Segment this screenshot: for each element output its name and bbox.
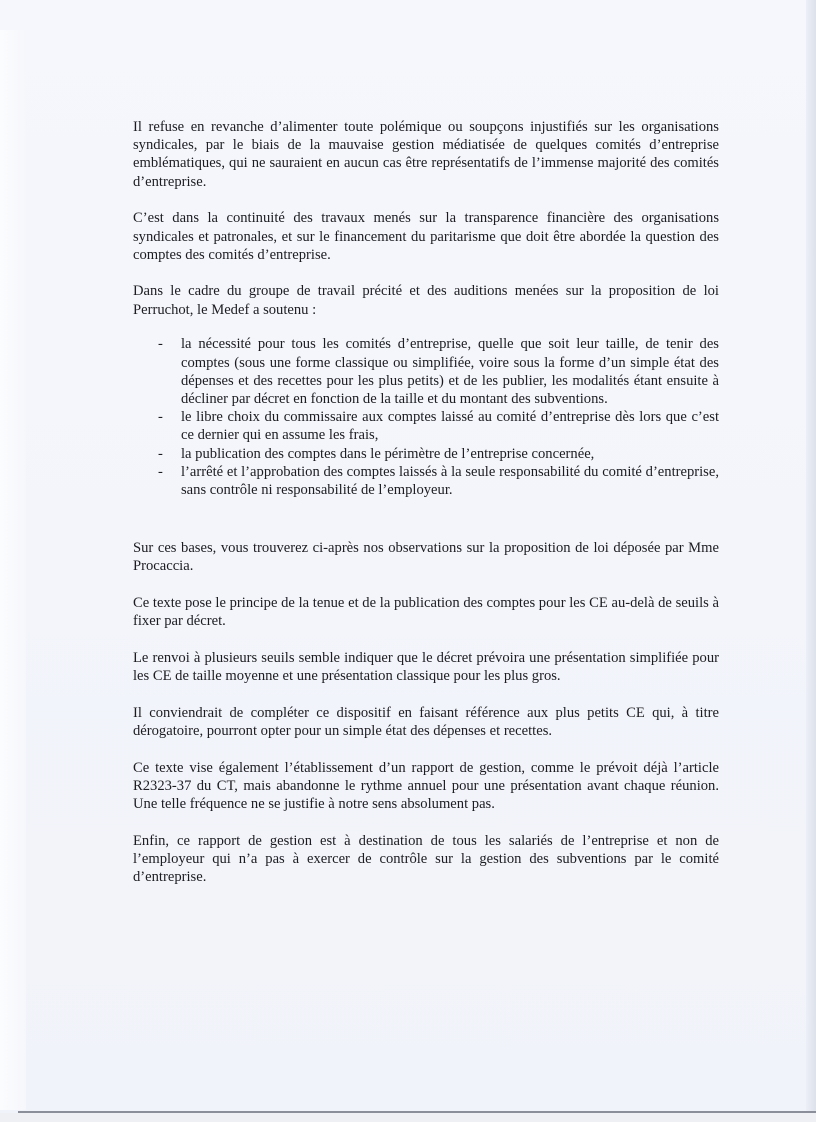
- list-item-text: le libre choix du commissaire aux compte…: [181, 409, 719, 443]
- paragraph-medef-soutenu: Dans le cadre du groupe de travail préci…: [133, 282, 719, 318]
- paragraph-seuils: Le renvoi à plusieurs seuils semble indi…: [133, 649, 719, 685]
- list-item: - l’arrêté et l’approbation des comptes …: [133, 463, 719, 499]
- list-item-text: la publication des comptes dans le périm…: [181, 446, 594, 462]
- dash-bullet-icon: -: [158, 463, 163, 481]
- page-left-shadow: [0, 30, 26, 1110]
- paragraph-destination-salaries: Enfin, ce rapport de gestion est à desti…: [133, 832, 719, 887]
- paragraph-principe-comptes: Ce texte pose le principe de la tenue et…: [133, 594, 719, 630]
- paragraph-continuite: C’est dans la continuité des travaux men…: [133, 209, 719, 264]
- document-body: Il refuse en revanche d’alimenter toute …: [133, 118, 719, 905]
- dash-bullet-icon: -: [158, 335, 163, 353]
- scanned-page: Il refuse en revanche d’alimenter toute …: [0, 0, 816, 1122]
- list-item: - le libre choix du commissaire aux comp…: [133, 408, 719, 444]
- paragraph-petits-ce: Il conviendrait de compléter ce disposit…: [133, 704, 719, 740]
- list-item: - la nécessité pour tous les comités d’e…: [133, 335, 719, 408]
- scanner-bed-margin: [0, 1113, 816, 1122]
- dash-bullet-icon: -: [158, 408, 163, 426]
- medef-positions-list: - la nécessité pour tous les comités d’e…: [133, 335, 719, 499]
- paragraph-rapport-gestion: Ce texte vise également l’établissement …: [133, 759, 719, 814]
- list-item-text: l’arrêté et l’approbation des comptes la…: [181, 464, 719, 498]
- list-item: - la publication des comptes dans le pér…: [133, 445, 719, 463]
- page-right-edge: [806, 0, 816, 1112]
- list-item-text: la nécessité pour tous les comités d’ent…: [181, 336, 719, 407]
- paragraph-polemique: Il refuse en revanche d’alimenter toute …: [133, 118, 719, 191]
- paragraph-observations: Sur ces bases, vous trouverez ci-après n…: [133, 539, 719, 575]
- dash-bullet-icon: -: [158, 445, 163, 463]
